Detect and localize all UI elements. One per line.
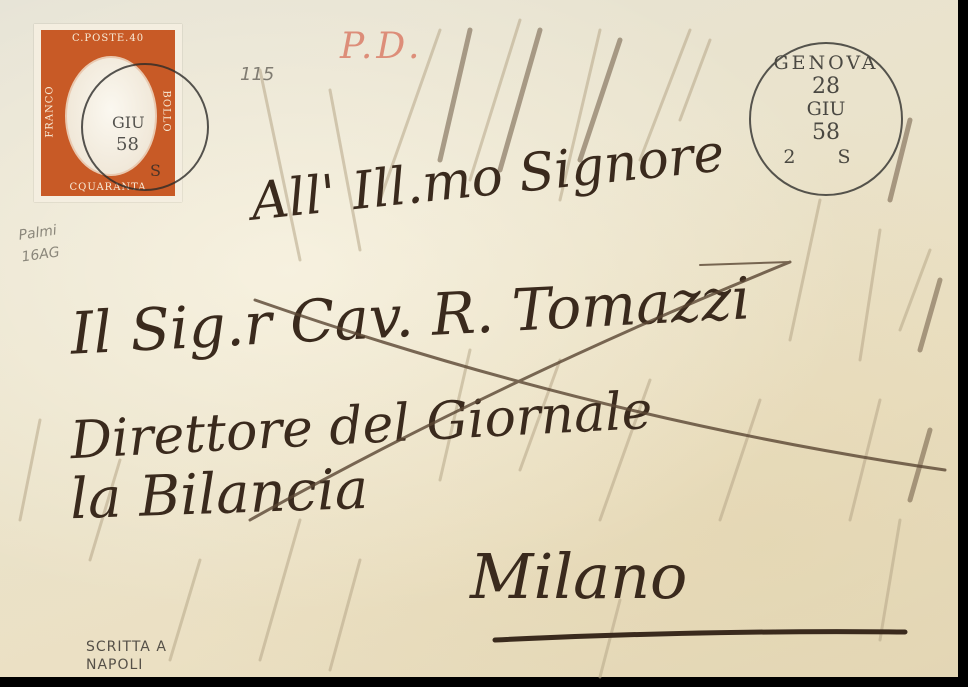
ink-strokes [0,0,968,687]
